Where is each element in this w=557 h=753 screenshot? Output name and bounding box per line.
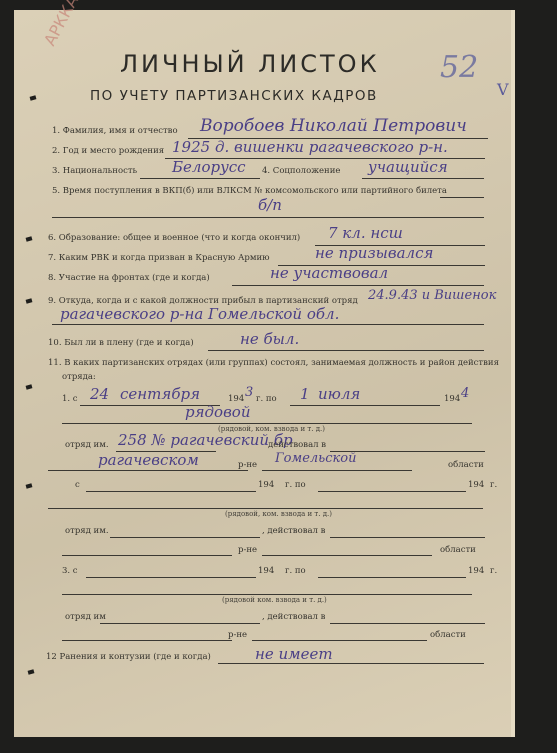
field-value-arrival-2: рагачевского р-на Гомельской обл. xyxy=(60,305,339,323)
period-3-year-label: 194 xyxy=(258,566,274,576)
field-value-fronts: не участвовал xyxy=(270,264,388,282)
field-value-nationality: Белорусс xyxy=(172,158,246,176)
period-1-acted-label: действовал в xyxy=(268,440,326,450)
page-title: ЛИЧНЫЙ ЛИСТОК xyxy=(120,50,380,78)
period-1-position: рядовой xyxy=(185,403,251,421)
check-mark: V xyxy=(497,80,509,99)
period-1-from-year: 3 xyxy=(245,385,253,400)
field-label-wounds: 12 Ранения и контузии (где и когда) xyxy=(46,652,211,662)
period-1-to-label: г. по xyxy=(256,394,277,404)
field-value-party: б/п xyxy=(258,196,282,214)
period-3-unit-label: отряд им xyxy=(65,612,106,622)
period-2-unit-label: отряд им. xyxy=(65,526,109,536)
period-1-district-label: р-не xyxy=(238,460,257,470)
field-value-captivity: не был. xyxy=(240,330,299,348)
period-3-district-label: р-не xyxy=(228,630,247,640)
period-1-district: рагачевском xyxy=(98,451,199,469)
period-1-from-month: сентября xyxy=(120,385,200,403)
period-2-to-year-label: 194 xyxy=(468,480,484,490)
period-2-year-label: 194 xyxy=(258,480,274,490)
field-value-social: учащийся xyxy=(368,158,448,176)
field-label-nationality: 3. Национальность xyxy=(52,166,137,176)
period-2-to-label: г. по xyxy=(285,480,306,490)
field-value-name: Воробоев Николай Петрович xyxy=(200,116,467,136)
period-3-prefix: 3. с xyxy=(62,566,78,576)
period-1-unit-label: отряд им. xyxy=(65,440,109,450)
period-3-to-year-label: 194 xyxy=(468,566,484,576)
field-label-units-2: отряда: xyxy=(62,372,96,382)
field-label-education: 6. Образование: общее и военное (что и к… xyxy=(48,233,300,243)
field-value-arrival: 24.9.43 и Вишенок xyxy=(368,288,496,303)
period-1-to-year: 4 xyxy=(461,386,469,401)
period-2-year-suffix: г. xyxy=(490,480,497,490)
period-1-from-day: 24 xyxy=(90,385,109,403)
period-3-acted-label: , действовал в xyxy=(262,612,325,622)
period-1-to-day: 1 xyxy=(300,385,310,403)
field-value-birth: 1925 д. вишенки рагачевского р-н. xyxy=(172,138,448,156)
field-label-units: 11. В каких партизанских отрядах (или гр… xyxy=(48,358,499,368)
field-value-wounds: не имеет xyxy=(255,645,333,663)
period-1-unit: 258 № рагачевский бр xyxy=(118,431,293,449)
period-3-to-label: г. по xyxy=(285,566,306,576)
field-value-education: 7 кл. нсш xyxy=(328,224,403,242)
period-3-year-suffix: г. xyxy=(490,566,497,576)
period-1-to-year-label: 194 xyxy=(444,394,460,404)
field-value-army: не призывался xyxy=(315,244,433,262)
field-label-army: 7. Каким РВК и когда призван в Красную А… xyxy=(48,253,270,263)
sheet-number: 52 xyxy=(440,50,478,85)
period-2-acted-label: , действовал в xyxy=(262,526,325,536)
period-3-position-hint: (рядовой ком. взвода и т. д.) xyxy=(222,596,327,604)
field-label-name: 1. Фамилия, имя и отчество xyxy=(52,126,178,136)
field-label-social: 4. Соцположение xyxy=(262,166,340,176)
field-label-party: 5. Время поступления в ВКП(б) или ВЛКСМ … xyxy=(52,186,447,196)
period-2-position-hint: (рядовой, ком. взвода и т. д.) xyxy=(225,510,332,518)
field-label-birth: 2. Год и место рождения xyxy=(52,146,164,156)
period-1-prefix: 1. с xyxy=(62,394,78,404)
period-2-region-label: области xyxy=(440,545,476,555)
period-1-region-label: области xyxy=(448,460,484,470)
period-2-prefix: с xyxy=(75,480,80,490)
field-label-fronts: 8. Участие на фронтах (где и когда) xyxy=(48,273,210,283)
period-3-region-label: области xyxy=(430,630,466,640)
field-label-captivity: 10. Был ли в плену (где и когда) xyxy=(48,338,194,348)
period-1-region: Гомельской xyxy=(275,451,357,466)
page-subtitle: ПО УЧЕТУ ПАРТИЗАНСКИХ КАДРОВ xyxy=(90,88,378,104)
period-1-to-month: июля xyxy=(318,385,360,403)
period-2-district-label: р-не xyxy=(238,545,257,555)
